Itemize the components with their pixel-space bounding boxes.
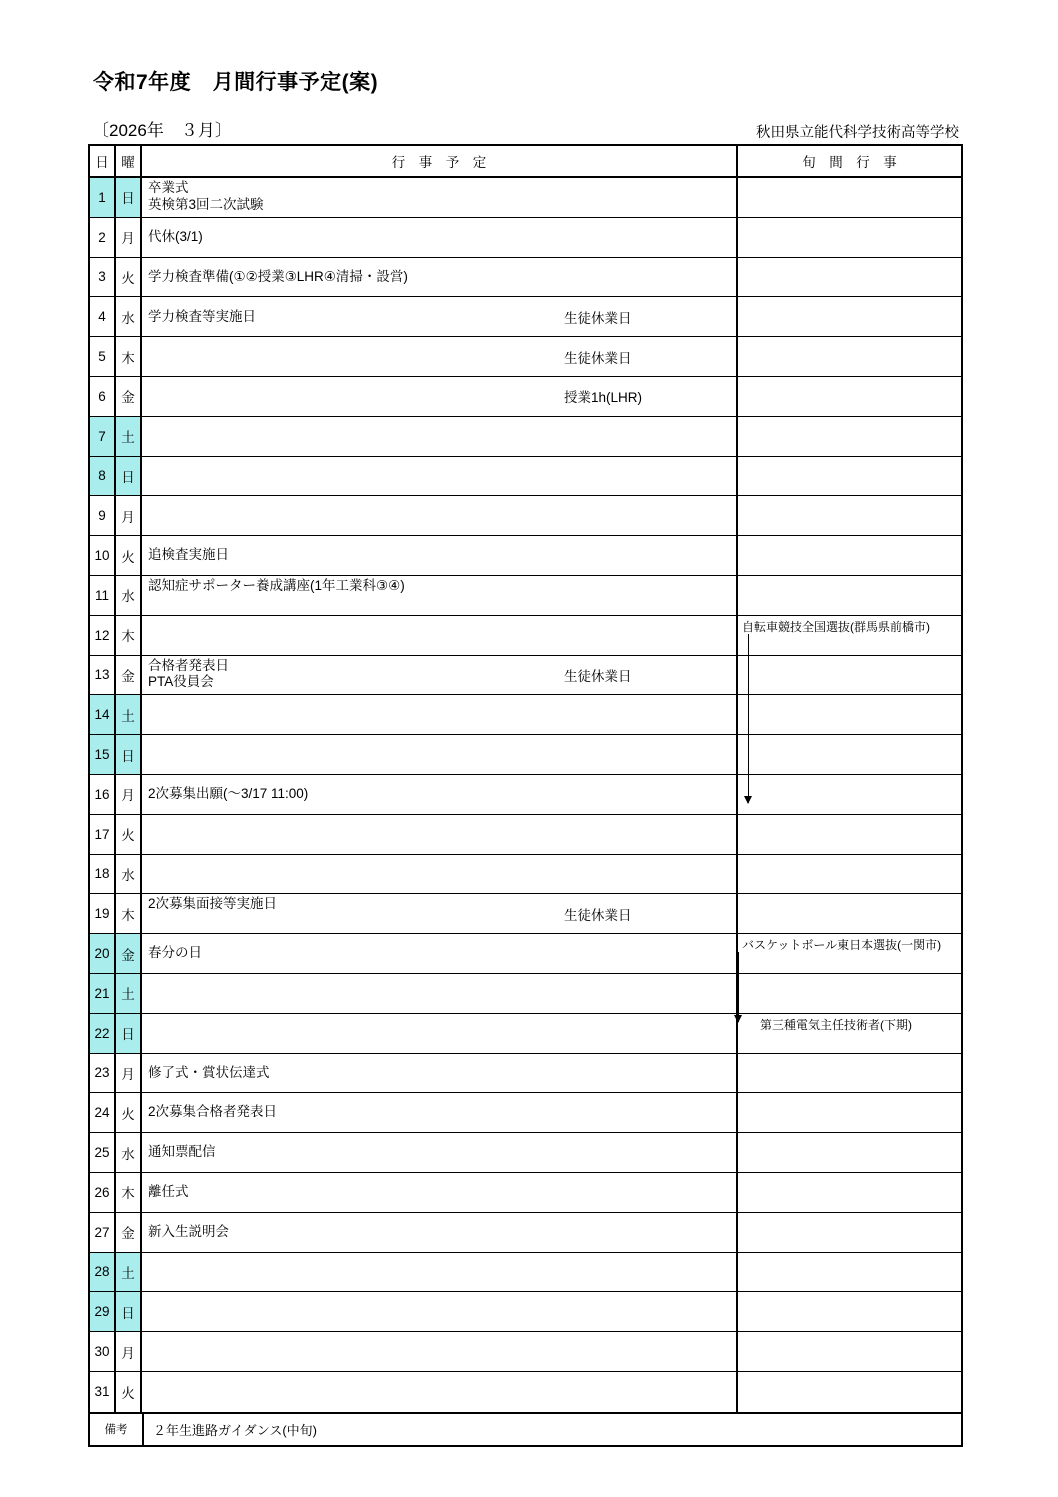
events-cell: 2次募集合格者発表日: [142, 1093, 738, 1132]
event-text: 代休(3/1): [142, 229, 203, 246]
weekday-label: 日: [116, 1014, 142, 1053]
events-cell: 春分の日: [142, 934, 738, 973]
calendar-day-row: 16 月 2次募集出願(～3/17 11:00): [90, 775, 961, 815]
period-events-cell: [738, 775, 961, 814]
day-number: 3: [90, 258, 116, 297]
calendar-day-row: 4 水 学力検査等実施日 生徒休業日: [90, 297, 961, 337]
calendar-day-row: 30 月: [90, 1332, 961, 1372]
weekday-label: 月: [116, 775, 142, 814]
day-number: 23: [90, 1054, 116, 1093]
events-cell: 生徒休業日: [142, 337, 738, 376]
weekday-label: 木: [116, 616, 142, 655]
calendar-day-row: 23 月 修了式・賞状伝達式: [90, 1054, 961, 1094]
day-number: 30: [90, 1332, 116, 1371]
calendar-day-row: 2 月 代休(3/1): [90, 218, 961, 258]
events-cell: [142, 735, 738, 774]
period-event-text: バスケットボール東日本選抜(一関市): [738, 934, 961, 953]
events-cell: [142, 695, 738, 734]
calendar-day-row: 27 金 新入生説明会: [90, 1213, 961, 1253]
event-line: 合格者発表日: [148, 658, 229, 675]
calendar-day-row: 21 土: [90, 974, 961, 1014]
period-events-cell: [738, 258, 961, 297]
day-number: 6: [90, 377, 116, 416]
weekday-label: 土: [116, 1253, 142, 1292]
events-cell: [142, 1014, 738, 1053]
period-events-cell: [738, 178, 961, 217]
period-events-cell: [738, 377, 961, 416]
header-day: 日: [90, 146, 116, 176]
calendar-day-row: 24 火 2次募集合格者発表日: [90, 1093, 961, 1133]
period-events-cell: バスケットボール東日本選抜(一関市): [738, 934, 961, 973]
day-number: 13: [90, 656, 116, 695]
weekday-label: 木: [116, 1173, 142, 1212]
events-cell: [142, 1372, 738, 1412]
calendar-day-row: 10 火 追検査実施日: [90, 536, 961, 576]
day-number: 11: [90, 576, 116, 615]
period-events-cell: 自転車競技全国選抜(群馬県前橋市): [738, 616, 961, 655]
calendar-day-row: 31 火: [90, 1372, 961, 1412]
day-number: 24: [90, 1093, 116, 1132]
events-cell: [142, 1292, 738, 1331]
day-number: 10: [90, 536, 116, 575]
event-note: 生徒休業日: [564, 665, 632, 685]
weekday-label: 日: [116, 457, 142, 496]
school-name: 秋田県立能代科学技術高等学校: [756, 121, 959, 142]
period-events-cell: [738, 457, 961, 496]
period-events-cell: [738, 1253, 961, 1292]
weekday-label: 日: [116, 735, 142, 774]
period-events-cell: [738, 417, 961, 456]
weekday-label: 水: [116, 855, 142, 894]
weekday-label: 水: [116, 576, 142, 615]
event-line: 離任式: [148, 1184, 189, 1201]
calendar-day-row: 19 木 2次募集面接等実施日 生徒休業日: [90, 894, 961, 934]
events-cell: 認知症サポーター養成講座(1年工業科③④): [142, 576, 738, 615]
weekday-label: 木: [116, 894, 142, 933]
weekday-label: 土: [116, 974, 142, 1013]
event-note: 授業1h(LHR): [564, 386, 642, 406]
header-events: 行 事 予 定: [142, 146, 738, 176]
table-header-row: 日 曜 行 事 予 定 旬 間 行 事: [90, 146, 961, 178]
schedule-document-page: 令和7年度 月間行事予定(案) 〔2026年 ３月〕 秋田県立能代科学技術高等学…: [0, 0, 1058, 1497]
event-text: 卒業式英検第3回二次試験: [142, 178, 264, 213]
day-number: 5: [90, 337, 116, 376]
events-cell: [142, 855, 738, 894]
weekday-label: 火: [116, 536, 142, 575]
weekday-label: 月: [116, 1332, 142, 1371]
weekday-label: 月: [116, 218, 142, 257]
header-weekday: 曜: [116, 146, 142, 176]
events-cell: [142, 815, 738, 854]
event-line: 新入生説明会: [148, 1224, 229, 1241]
period-events-cell: [738, 894, 961, 933]
events-cell: 授業1h(LHR): [142, 377, 738, 416]
events-cell: 学力検査準備(①②授業③LHR④清掃・設営): [142, 258, 738, 297]
event-line: 春分の日: [148, 945, 202, 962]
event-text: 認知症サポーター養成講座(1年工業科③④): [142, 576, 405, 595]
event-text: 追検査実施日: [142, 547, 229, 564]
event-line: 通知票配信: [148, 1144, 216, 1161]
event-line: 認知症サポーター養成講座(1年工業科③④): [148, 578, 405, 595]
period-events-cell: [738, 1372, 961, 1412]
weekday-label: 金: [116, 377, 142, 416]
day-number: 12: [90, 616, 116, 655]
event-line: 2次募集出願(～3/17 11:00): [148, 786, 308, 803]
calendar-day-row: 14 土: [90, 695, 961, 735]
weekday-label: 土: [116, 417, 142, 456]
event-line: 英検第3回二次試験: [148, 197, 264, 214]
events-cell: [142, 457, 738, 496]
weekday-label: 火: [116, 258, 142, 297]
period-events-cell: [738, 1093, 961, 1132]
weekday-label: 土: [116, 695, 142, 734]
calendar-day-row: 11 水 認知症サポーター養成講座(1年工業科③④): [90, 576, 961, 616]
period-event-text: 第三種電気主任技術者(下期): [738, 1014, 961, 1033]
events-cell: [142, 974, 738, 1013]
weekday-label: 火: [116, 1372, 142, 1412]
day-number: 16: [90, 775, 116, 814]
calendar-day-row: 25 水 通知票配信: [90, 1133, 961, 1173]
day-number: 28: [90, 1253, 116, 1292]
period-events-cell: [738, 1054, 961, 1093]
events-cell: [142, 616, 738, 655]
duration-arrow: [748, 634, 749, 803]
calendar-day-row: 8 日: [90, 457, 961, 497]
event-line: 卒業式: [148, 180, 264, 197]
events-cell: [142, 417, 738, 456]
event-line: 修了式・賞状伝達式: [148, 1065, 270, 1082]
calendar-day-row: 7 土: [90, 417, 961, 457]
events-cell: 代休(3/1): [142, 218, 738, 257]
event-text: 離任式: [142, 1184, 189, 1201]
duration-arrow: [738, 952, 739, 1022]
weekday-label: 水: [116, 1133, 142, 1172]
weekday-label: 月: [116, 1054, 142, 1093]
period-events-cell: [738, 974, 961, 1013]
event-text: 春分の日: [142, 945, 202, 962]
period-events-cell: [738, 337, 961, 376]
header-period-events: 旬 間 行 事: [738, 146, 961, 176]
weekday-label: 水: [116, 297, 142, 336]
events-cell: 修了式・賞状伝達式: [142, 1054, 738, 1093]
period-events-cell: [738, 815, 961, 854]
period-events-cell: [738, 1292, 961, 1331]
event-text: 新入生説明会: [142, 1224, 229, 1241]
day-number: 14: [90, 695, 116, 734]
event-line: 学力検査等実施日: [148, 309, 256, 326]
day-number: 21: [90, 974, 116, 1013]
day-number: 7: [90, 417, 116, 456]
weekday-label: 金: [116, 656, 142, 695]
period-events-cell: [738, 656, 961, 695]
remarks-label: 備考: [90, 1414, 144, 1445]
weekday-label: 金: [116, 1213, 142, 1252]
events-cell: 学力検査等実施日 生徒休業日: [142, 297, 738, 336]
day-number: 17: [90, 815, 116, 854]
day-number: 27: [90, 1213, 116, 1252]
events-cell: 追検査実施日: [142, 536, 738, 575]
period-events-cell: [738, 218, 961, 257]
calendar-day-row: 13 金 合格者発表日PTA役員会 生徒休業日: [90, 656, 961, 696]
events-cell: [142, 496, 738, 535]
day-number: 25: [90, 1133, 116, 1172]
events-cell: [142, 1332, 738, 1371]
day-number: 22: [90, 1014, 116, 1053]
period-events-cell: [738, 536, 961, 575]
remarks-row: 備考 ２年生進路ガイダンス(中旬): [90, 1412, 961, 1445]
calendar-day-row: 12 木 自転車競技全国選抜(群馬県前橋市): [90, 616, 961, 656]
calendar-day-row: 22 日 第三種電気主任技術者(下期): [90, 1014, 961, 1054]
period-events-cell: [738, 496, 961, 535]
calendar-table: 日 曜 行 事 予 定 旬 間 行 事 1 日 卒業式英検第3回二次試験 2 月…: [88, 144, 963, 1447]
event-text: 学力検査準備(①②授業③LHR④清掃・設営): [142, 269, 408, 286]
calendar-day-row: 28 土: [90, 1253, 961, 1293]
weekday-label: 木: [116, 337, 142, 376]
events-cell: 卒業式英検第3回二次試験: [142, 178, 738, 217]
event-text: 2次募集面接等実施日: [142, 894, 277, 913]
calendar-day-row: 20 金 春分の日 バスケットボール東日本選抜(一関市): [90, 934, 961, 974]
remarks-text: ２年生進路ガイダンス(中旬): [144, 1414, 961, 1445]
weekday-label: 火: [116, 1093, 142, 1132]
day-number: 18: [90, 855, 116, 894]
calendar-day-row: 29 日: [90, 1292, 961, 1332]
event-note: 生徒休業日: [564, 307, 632, 327]
month-label: 〔2026年 ３月〕: [92, 116, 232, 141]
day-number: 15: [90, 735, 116, 774]
calendar-day-row: 5 木 生徒休業日: [90, 337, 961, 377]
events-cell: 離任式: [142, 1173, 738, 1212]
period-events-cell: [738, 1133, 961, 1172]
events-cell: 合格者発表日PTA役員会 生徒休業日: [142, 656, 738, 695]
events-cell: [142, 1253, 738, 1292]
event-note: 生徒休業日: [564, 347, 632, 367]
day-number: 1: [90, 178, 116, 217]
weekday-label: 日: [116, 178, 142, 217]
day-number: 9: [90, 496, 116, 535]
event-line: 学力検査準備(①②授業③LHR④清掃・設営): [148, 269, 408, 286]
calendar-day-row: 9 月: [90, 496, 961, 536]
calendar-day-row: 18 水: [90, 855, 961, 895]
event-line: 2次募集面接等実施日: [148, 896, 277, 913]
day-number: 26: [90, 1173, 116, 1212]
event-text: 学力検査等実施日: [142, 309, 256, 326]
event-line: 追検査実施日: [148, 547, 229, 564]
calendar-day-row: 6 金 授業1h(LHR): [90, 377, 961, 417]
day-number: 4: [90, 297, 116, 336]
weekday-label: 日: [116, 1292, 142, 1331]
events-cell: 2次募集面接等実施日 生徒休業日: [142, 894, 738, 933]
event-text: 2次募集合格者発表日: [142, 1104, 277, 1121]
calendar-day-row: 15 日: [90, 735, 961, 775]
calendar-day-row: 3 火 学力検査準備(①②授業③LHR④清掃・設営): [90, 258, 961, 298]
event-line: 2次募集合格者発表日: [148, 1104, 277, 1121]
period-events-cell: [738, 1332, 961, 1371]
calendar-day-row: 17 火: [90, 815, 961, 855]
day-number: 19: [90, 894, 116, 933]
calendar-day-row: 1 日 卒業式英検第3回二次試験: [90, 178, 961, 218]
period-events-cell: [738, 855, 961, 894]
events-cell: 通知票配信: [142, 1133, 738, 1172]
calendar-day-row: 26 木 離任式: [90, 1173, 961, 1213]
event-text: 合格者発表日PTA役員会: [142, 656, 229, 691]
events-cell: 新入生説明会: [142, 1213, 738, 1252]
event-line: PTA役員会: [148, 674, 229, 691]
period-event-text: 自転車競技全国選抜(群馬県前橋市): [738, 616, 961, 635]
day-number: 8: [90, 457, 116, 496]
period-events-cell: 第三種電気主任技術者(下期): [738, 1014, 961, 1053]
weekday-label: 金: [116, 934, 142, 973]
event-text: 修了式・賞状伝達式: [142, 1065, 270, 1082]
event-text: 通知票配信: [142, 1144, 216, 1161]
period-events-cell: [738, 735, 961, 774]
day-number: 29: [90, 1292, 116, 1331]
weekday-label: 月: [116, 496, 142, 535]
events-cell: 2次募集出願(～3/17 11:00): [142, 775, 738, 814]
event-text: 2次募集出願(～3/17 11:00): [142, 786, 308, 803]
period-events-cell: [738, 576, 961, 615]
period-events-cell: [738, 695, 961, 734]
period-events-cell: [738, 297, 961, 336]
event-line: 代休(3/1): [148, 229, 203, 246]
page-title: 令和7年度 月間行事予定(案): [93, 66, 378, 96]
event-note: 生徒休業日: [564, 904, 632, 924]
day-number: 20: [90, 934, 116, 973]
day-number: 31: [90, 1372, 116, 1412]
period-events-cell: [738, 1173, 961, 1212]
weekday-label: 火: [116, 815, 142, 854]
period-events-cell: [738, 1213, 961, 1252]
day-number: 2: [90, 218, 116, 257]
